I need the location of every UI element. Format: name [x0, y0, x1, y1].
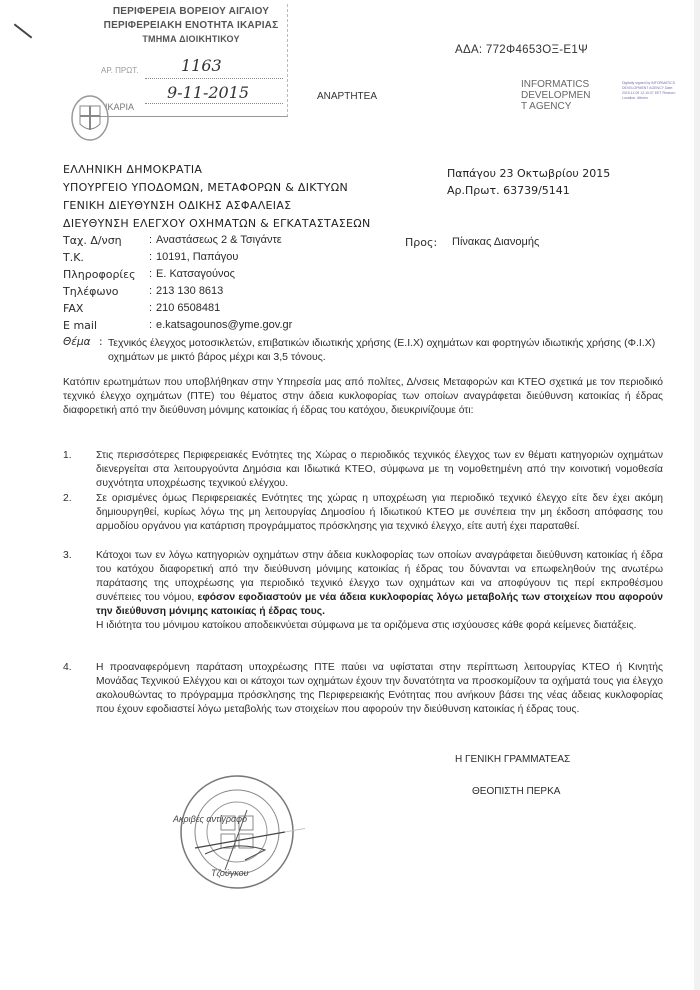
stamp-protocol-number: 1163 [181, 56, 222, 75]
header-general-directorate: ΓΕΝΙΚΗ ΔΙΕΥΘΥΝΣΗ ΟΔΙΚΗΣ ΑΣΦΑΛΕΙΑΣ [63, 199, 291, 212]
intro-paragraph: Κατόπιν ερωτημάτων που υποβλήθηκαν στην … [63, 376, 663, 418]
contact-colon: : [149, 302, 152, 314]
posting-required-label: ΑΝΑΡΤΗΤΕΑ [317, 91, 377, 102]
seal-signer: Τζούγκου [211, 868, 249, 878]
subject-text: Τεχνικός έλεγχος μοτοσικλετών, επιβατικώ… [108, 336, 668, 364]
signatory-title: Η ΓΕΝΙΚΗ ΓΡΑΜΜΑΤΕΑΣ [455, 754, 570, 765]
agency-line-3: T AGENCY [521, 101, 590, 112]
stamp-unit: ΠΕΡΙΦΕΡΕΙΑΚΗ ΕΝΟΤΗΤΑ ΙΚΑΡΙΑΣ [95, 20, 287, 31]
contact-colon: : [149, 285, 152, 297]
official-seal: Ακριβές αντίγραφο Τζούγκου [175, 770, 305, 900]
date-place: Παπάγου 23 Οκτωβρίου 2015 [447, 167, 610, 180]
contact-colon: : [149, 319, 152, 331]
header-ministry: ΥΠΟΥΡΓΕΙΟ ΥΠΟΔΟΜΩΝ, ΜΕΤΑΦΟΡΩΝ & ΔΙΚΤΥΩΝ [63, 181, 348, 194]
contact-key: Τ.Κ. [63, 251, 143, 264]
ada-code: ΑΔΑ: 772Φ4653ΟΞ-Ε1Ψ [455, 44, 588, 56]
list-number: 3. [63, 549, 72, 563]
scan-edge [694, 0, 700, 990]
agency-line-1: INFORMATICS [521, 79, 590, 90]
signatory-name: ΘΕΟΠΙΣΤΗ ΠΕΡΚΑ [472, 786, 560, 797]
contact-key: Πληροφορίες [63, 268, 143, 281]
contact-value: 210 6508481 [156, 302, 220, 314]
list-text: Στις περισσότερες Περιφερειακές Ενότητες… [96, 449, 663, 491]
contact-value: Ε. Κατσαγούνος [156, 268, 235, 280]
agency-line-2: DEVELOPMEN [521, 90, 590, 101]
greek-coat-of-arms-icon [70, 94, 110, 142]
protocol-number: Αρ.Πρωτ. 63739/5141 [447, 184, 570, 197]
stamp-protocol-label: ΑΡ. ΠΡΩΤ. [101, 66, 138, 75]
contact-key: E mail [63, 319, 143, 332]
stamp-date-line [145, 103, 283, 104]
seal-copy-note: Ακριβές αντίγραφο [173, 814, 247, 824]
stamp-department: ΤΜΗΜΑ ΔΙΟΙΚΗΤΙΚΟΥ [95, 34, 287, 44]
seal-icon [175, 770, 305, 900]
list-number: 4. [63, 661, 72, 675]
contact-key: Τηλέφωνο [63, 285, 143, 298]
contact-key: Ταχ. Δ/νση [63, 234, 143, 247]
digital-signature-agency: INFORMATICS DEVELOPMEN T AGENCY [521, 79, 590, 112]
contact-colon: : [149, 268, 152, 280]
pen-mark [14, 23, 33, 38]
list-number: 2. [63, 492, 72, 506]
header-republic: ΕΛΛΗΝΙΚΗ ΔΗΜΟΚΡΑΤΙΑ [63, 163, 202, 176]
list-number: 1. [63, 449, 72, 463]
list-text: Σε ορισμένες όμως Περιφερειακές Ενότητες… [96, 492, 663, 534]
list-text: Η προαναφερόμενη παράταση υποχρέωσης ΠΤΕ… [96, 661, 663, 717]
contact-value: 10191, Παπάγου [156, 251, 238, 263]
stamp-region: ΠΕΡΙΦΕΡΕΙΑ ΒΟΡΕΙΟΥ ΑΙΓΑΙΟΥ [95, 6, 287, 17]
header-directorate: ΔΙΕΥΘΥΝΣΗ ΕΛΕΓΧΟΥ ΟΧΗΜΑΤΩΝ & ΕΓΚΑΤΑΣΤΑΣΕ… [63, 217, 371, 230]
contact-email-link[interactable]: e.katsagounos@yme.gov.gr [156, 319, 292, 331]
list-text-note: Η ιδιότητα του μόνιμου κατοίκου αποδεικν… [96, 619, 663, 633]
contact-value: Αναστάσεως 2 & Τσιγάντε [156, 234, 282, 246]
list-text: Κάτοχοι των εν λόγω κατηγοριών οχημάτων … [96, 549, 663, 633]
contact-value: 213 130 8613 [156, 285, 223, 297]
contact-key: FAX [63, 302, 143, 315]
stamp-protocol-line [145, 78, 283, 79]
contact-colon: : [149, 234, 152, 246]
contact-colon: : [149, 251, 152, 263]
recipient-value: Πίνακας Διανομής [452, 236, 539, 248]
subject-colon: : [99, 336, 103, 348]
subject-label: Θέμα [63, 336, 91, 348]
incoming-stamp: ΠΕΡΙΦΕΡΕΙΑ ΒΟΡΕΙΟΥ ΑΙΓΑΙΟΥ ΠΕΡΙΦΕΡΕΙΑΚΗ … [95, 4, 288, 117]
stamp-date: 9-11-2015 [167, 83, 249, 102]
recipient-label: Προς: [405, 236, 437, 249]
digital-signature-note: Digitally signed by INFORMATICS DEVELOPM… [622, 81, 682, 101]
